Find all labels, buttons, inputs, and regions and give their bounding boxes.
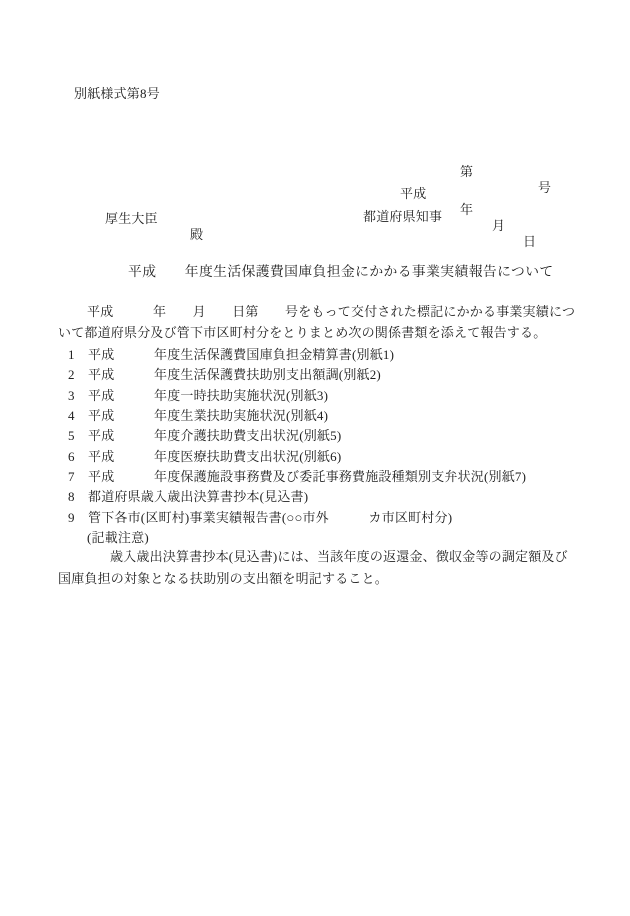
attachment-number: 1: [68, 345, 88, 365]
attachment-text: 管下各市(区町村)事業実績報告書(○○市外 カ市区町村分): [88, 510, 452, 525]
attachment-text: 平成 年度生活保護費扶助別支出額調(別紙2): [88, 367, 381, 382]
attachment-item: 9管下各市(区町村)事業実績報告書(○○市外 カ市区町村分): [58, 508, 526, 528]
attachment-text: 平成 年度生業扶助実施状況(別紙4): [88, 408, 328, 423]
attachment-item: 2平成 年度生活保護費扶助別支出額調(別紙2): [58, 365, 526, 385]
attachment-list: 1平成 年度生活保護費国庫負担金精算書(別紙1) 2平成 年度生活保護費扶助別支…: [58, 345, 526, 528]
document-number-line: 第 号: [0, 145, 630, 161]
document-page: 別紙様式第8号 第 号 平成 年 月 日 厚生大臣 殿 都道府県知事 平成 年度…: [0, 0, 630, 916]
attachment-number: 5: [68, 426, 88, 446]
attachment-item: 8都道府県歳入歳出決算書抄本(見込書): [58, 487, 526, 507]
attachment-text: 平成 年度生活保護費国庫負担金精算書(別紙1): [88, 347, 394, 362]
addressee-line: 厚生大臣 殿: [0, 192, 630, 208]
attachment-number: 6: [68, 447, 88, 467]
attachment-number: 2: [68, 365, 88, 385]
attachment-number: 9: [68, 508, 88, 528]
attachment-text: 都道府県歳入歳出決算書抄本(見込書): [88, 489, 308, 504]
note-paragraph: 歳入歳出決算書抄本(見込書)には、当該年度の返還金、徴収金等の調定額及び国庫負担…: [58, 546, 578, 590]
attachment-item: 6平成 年度医療扶助費支出状況(別紙6): [58, 447, 526, 467]
addressee-title: 厚生大臣: [105, 208, 158, 227]
attachment-item: 5平成 年度介護扶助費支出状況(別紙5): [58, 426, 526, 446]
document-title: 平成 年度生活保護費国庫負担金にかかる事業実績報告について: [128, 260, 554, 280]
note-label: (記載注意): [87, 527, 149, 546]
attachment-text: 平成 年度医療扶助費支出状況(別紙6): [88, 449, 341, 464]
body-paragraph: 平成 年 月 日第 号をもって交付された標記にかかる事業実績について都道府県分及…: [58, 302, 577, 343]
attachment-number: 7: [68, 467, 88, 487]
attachment-number: 8: [68, 487, 88, 507]
date-month-label: 月: [492, 215, 505, 234]
date-line: 平成 年 月 日: [0, 167, 630, 183]
addressee-honorific: 殿: [190, 224, 203, 243]
date-day-label: 日: [523, 231, 536, 250]
form-number-label: 別紙様式第8号: [74, 83, 160, 102]
attachment-item: 3平成 年度一時扶助実施状況(別紙3): [58, 386, 526, 406]
attachment-text: 平成 年度介護扶助費支出状況(別紙5): [88, 428, 341, 443]
attachment-number: 3: [68, 386, 88, 406]
attachment-item: 1平成 年度生活保護費国庫負担金精算書(別紙1): [58, 345, 526, 365]
attachment-text: 平成 年度一時扶助実施状況(別紙3): [88, 388, 328, 403]
attachment-number: 4: [68, 406, 88, 426]
attachment-text: 平成 年度保護施設事務費及び委託事務費施設種類別支弁状況(別紙7): [88, 469, 526, 484]
attachment-item: 7平成 年度保護施設事務費及び委託事務費施設種類別支弁状況(別紙7): [58, 467, 526, 487]
sender-line: 都道府県知事: [363, 206, 442, 225]
attachment-item: 4平成 年度生業扶助実施状況(別紙4): [58, 406, 526, 426]
